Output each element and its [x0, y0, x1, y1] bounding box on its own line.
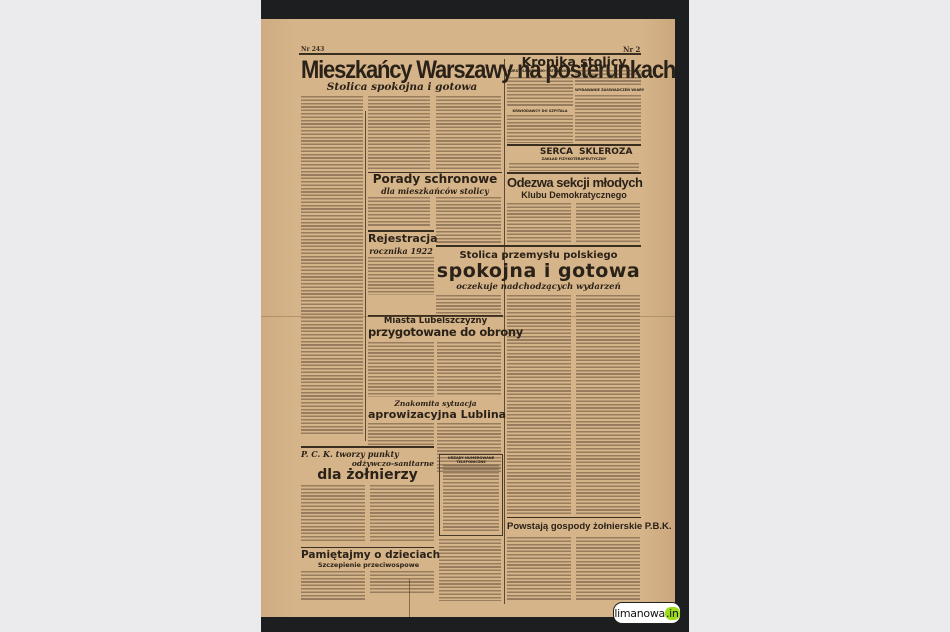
- page-number-left: Nr 243: [301, 46, 324, 53]
- watermark-accent: .in: [665, 607, 680, 620]
- article-text: [368, 423, 434, 447]
- article-text: [368, 96, 430, 171]
- article-text: [437, 342, 501, 395]
- article-text: [370, 485, 434, 543]
- paper-fold: [261, 316, 675, 317]
- article-text: [575, 70, 641, 86]
- kronika-subhead: KURSY SANITARNO-RATOWNICZE: [507, 70, 573, 74]
- divider: [301, 446, 434, 448]
- headline-dzieci-subtitle: Szczepienie przeciwospowe: [301, 562, 436, 569]
- headline-lublin-kicker: Znakomita sytuacja: [368, 400, 503, 408]
- kronika-subhead: KRWIODAWCY DO SZPITALA: [507, 110, 573, 114]
- notice-box: URZĄDY NUMEROWANE TELEFONICZNE: [439, 454, 503, 536]
- article-text: [368, 257, 434, 295]
- ad-text: [509, 163, 639, 171]
- divider: [507, 144, 641, 146]
- article-text: [507, 115, 573, 143]
- headline-pck: dla żołnierzy: [301, 468, 434, 482]
- article-text: [507, 77, 573, 107]
- article-text: [436, 295, 501, 317]
- divider: [436, 245, 641, 247]
- headline-kronika: Kronika stolicy: [507, 56, 641, 69]
- article-text: [301, 571, 365, 601]
- headline-stolica: spokojna i gotowa: [436, 262, 641, 281]
- headline-dzieci: Pamiętajmy o dzieciach: [301, 550, 436, 561]
- ad-right: SKLEROZA: [579, 148, 641, 157]
- headline-gospody: Powstają gospody żołnierskie P.B.K.: [507, 522, 641, 532]
- ad-left: SERCA: [507, 148, 573, 157]
- article-text: [368, 342, 434, 397]
- headline-main: Mieszkańcy Warszawy na posterunkach: [301, 57, 503, 82]
- headline-rejestracja: Rejestracja: [368, 233, 434, 244]
- article-text: [507, 203, 571, 243]
- article-text: [439, 539, 501, 601]
- article-text: [576, 295, 640, 515]
- article-text: [301, 96, 363, 436]
- headline-miasta: przygotowane do obrony: [368, 327, 503, 339]
- headline-odezwa-subtitle: Klubu Demokratycznego: [507, 191, 641, 200]
- paper-tear: [409, 579, 410, 617]
- newspaper-page: Nr 243 Nr 2 Mieszkańcy Warszawy na poste…: [261, 19, 675, 617]
- headline-pck-kicker: P. C. K. tworzy punkty: [301, 450, 431, 458]
- divider: [301, 547, 434, 548]
- headline-stolica-subtitle: oczekuje nadchodzących wydarzeń: [436, 283, 641, 292]
- article-text: [301, 485, 365, 543]
- article-text: [576, 203, 640, 243]
- article-text: [436, 197, 501, 243]
- notice-text: [443, 465, 499, 531]
- ad-line: ZAKŁAD FIZYKOTERAPEUTYCZNY: [507, 158, 641, 162]
- divider: [507, 172, 641, 174]
- headline-lublin: aprowizacyjna Lublina: [368, 409, 503, 420]
- headline-main-subtitle: Stolica spokojna i gotowa: [301, 82, 503, 93]
- column-rule: [365, 111, 366, 441]
- headline-odezwa: Odezwa sekcji młodych: [507, 176, 641, 189]
- headline-rejestracja-subtitle: rocznika 1922: [368, 247, 434, 255]
- article-text: [436, 96, 501, 171]
- notice-title: URZĄDY NUMEROWANE TELEFONICZNE: [442, 457, 500, 464]
- kronika-subhead: WYDAWANIE ZAŚWIADCZEŃ WIARY: [575, 89, 641, 93]
- watermark-logo: limanowa.in: [614, 603, 680, 623]
- watermark-text: limanowa: [614, 607, 665, 620]
- headline-porady-subtitle: dla mieszkańców stolicy: [368, 187, 502, 195]
- article-text: [370, 571, 434, 593]
- headline-porady: Porady schronowe: [368, 173, 502, 185]
- divider: [507, 517, 641, 518]
- article-text: [507, 537, 571, 601]
- article-text: [575, 95, 641, 141]
- article-text: [368, 197, 430, 227]
- article-text: [576, 537, 640, 601]
